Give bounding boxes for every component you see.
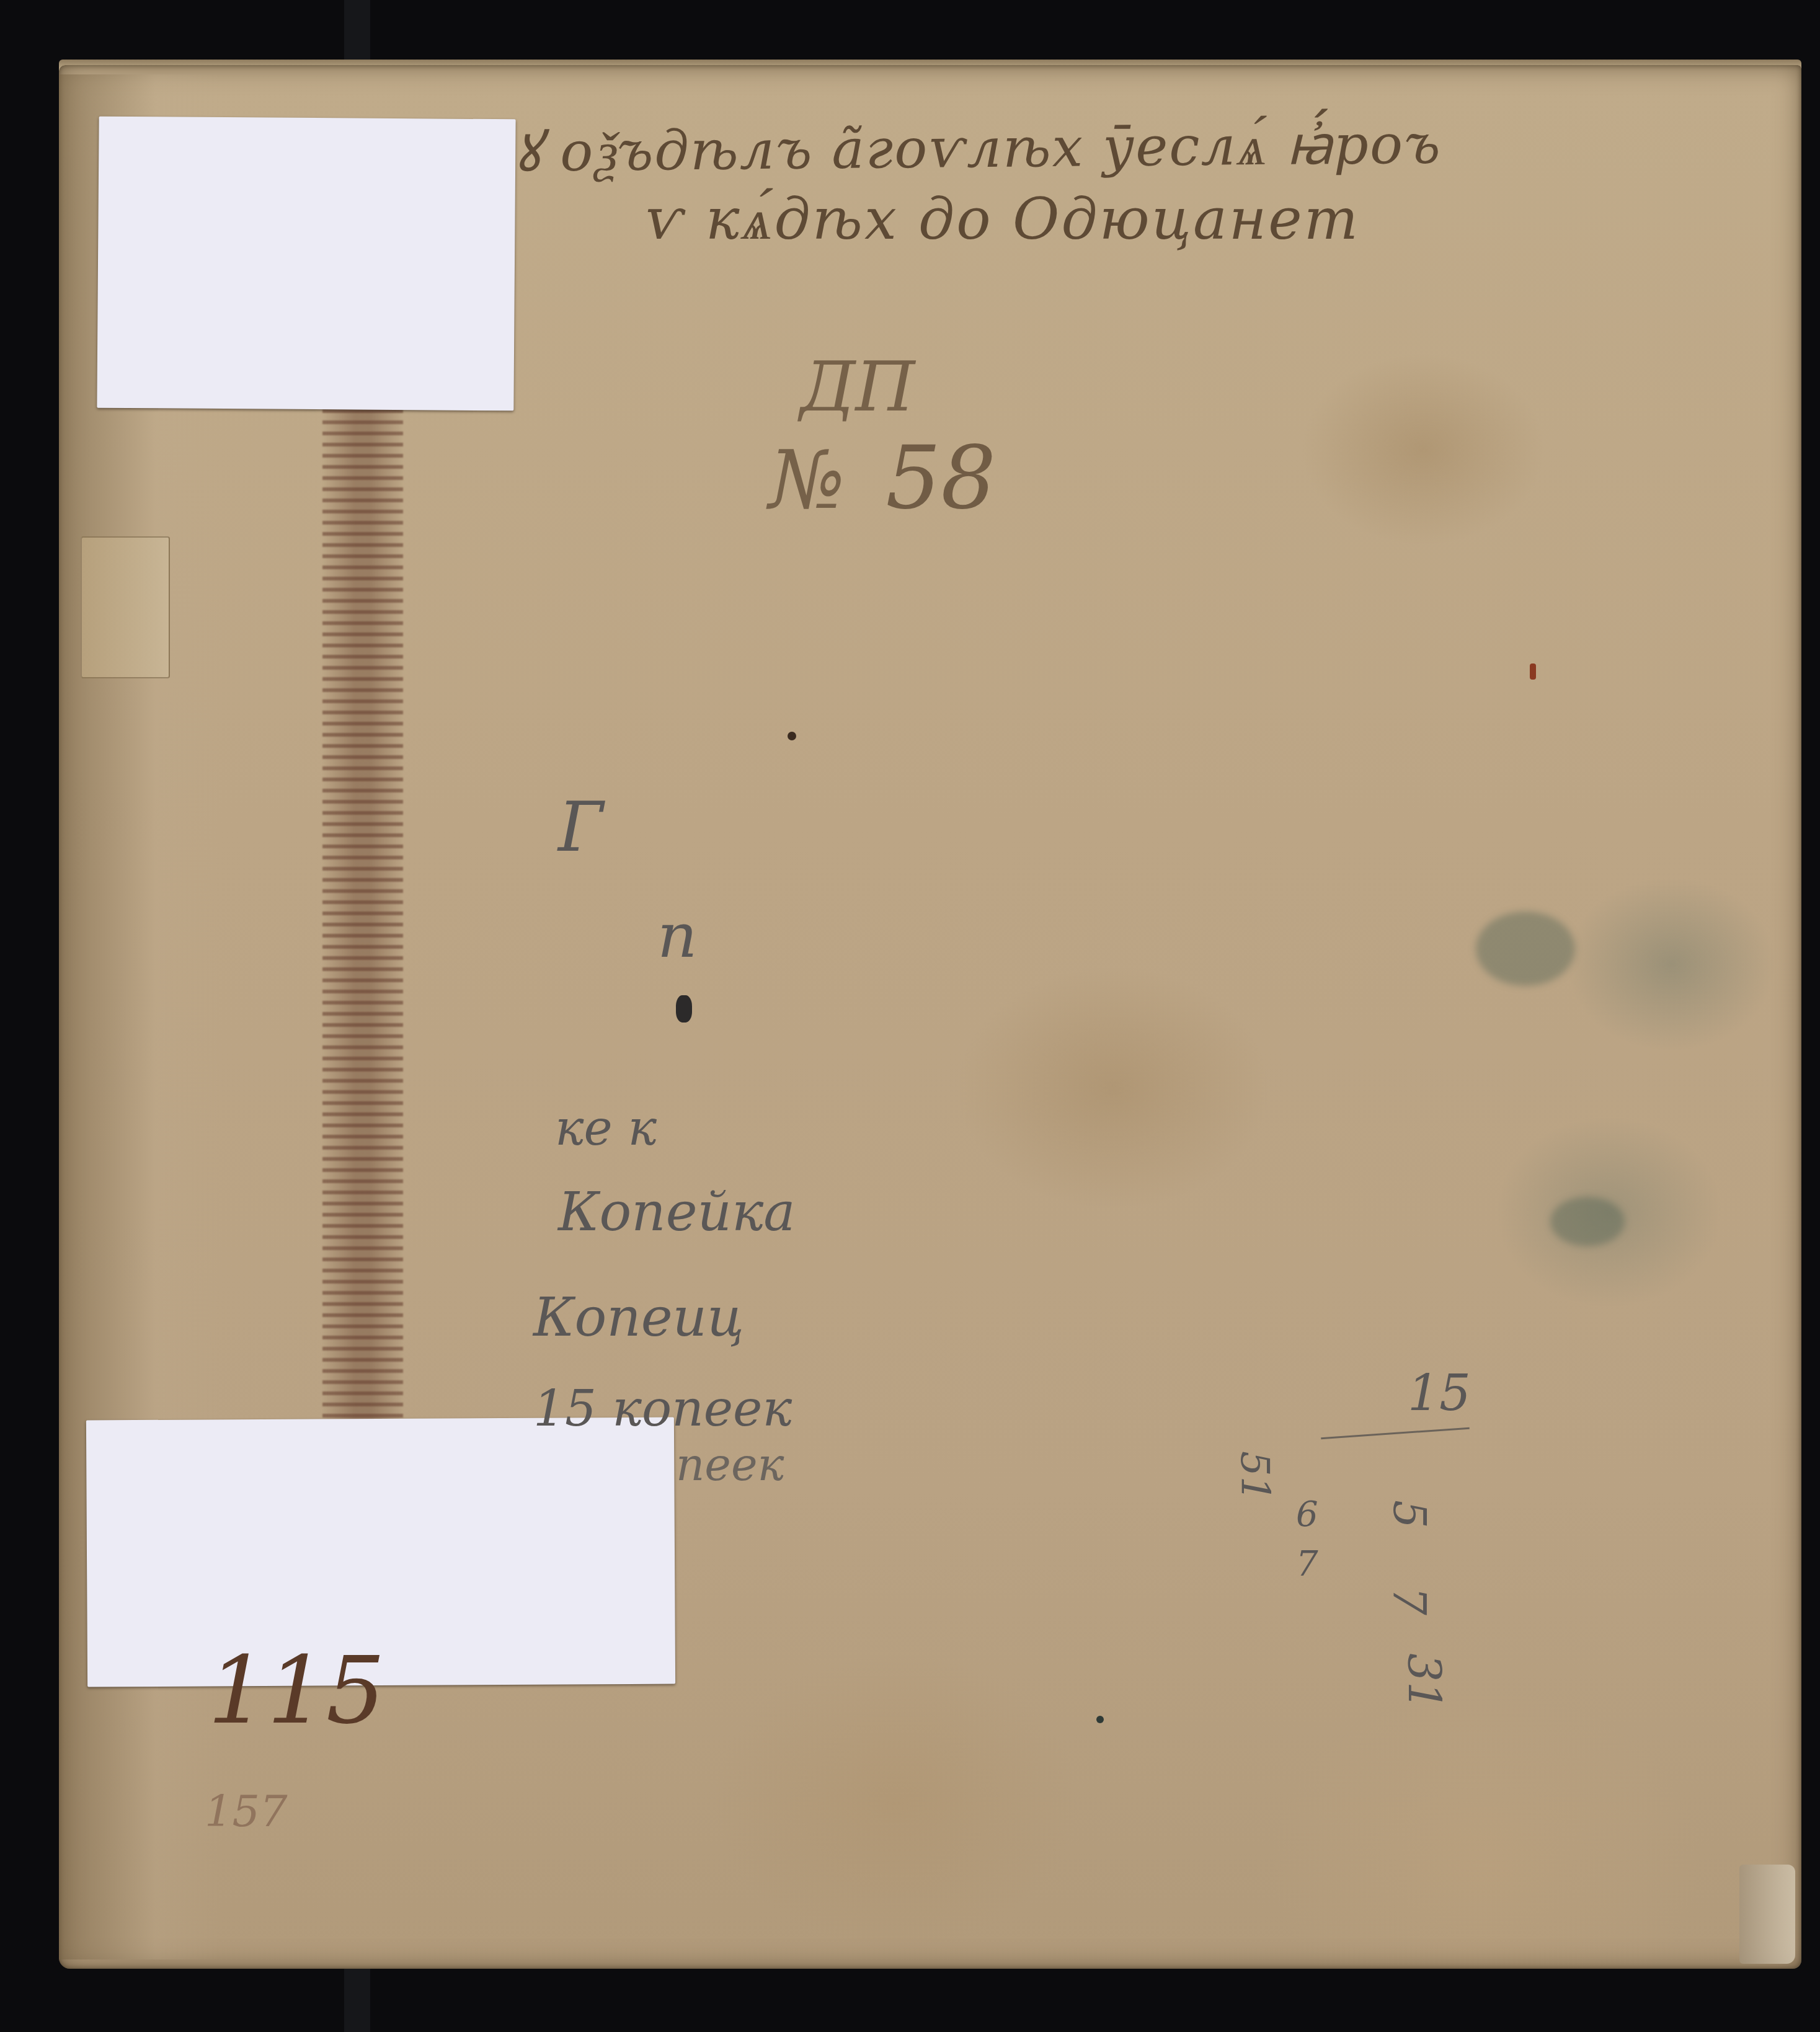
number-sign: № — [769, 433, 845, 527]
calc-col-left-2: 7 — [1296, 1544, 1318, 1584]
mold-stain — [1550, 1197, 1625, 1246]
calc-col-left-1: 6 — [1296, 1494, 1318, 1535]
calc-col-right-2: 31 — [1398, 1653, 1450, 1710]
header-inscription-line1: ꙋ оѯъдѣлъ а̃гоѵлѣх ӯеслѧ́ ꙗ҆́роъ — [515, 104, 1442, 187]
ink-blot — [676, 995, 692, 1023]
ink-spot — [1096, 1716, 1104, 1723]
catalog-series: ДП — [800, 347, 915, 427]
right-calculation: 15 51 6 7 5 7 31 — [1271, 1364, 1494, 1761]
archive-label-top — [97, 117, 515, 411]
pencil-line-ke-k: ке к — [555, 1101, 657, 1156]
spine-stitching-band — [322, 409, 403, 1426]
catalog-number-value: 58 — [886, 428, 996, 529]
calc-col-right-0: 5 — [1383, 1500, 1436, 1528]
calc-divider — [1321, 1427, 1470, 1440]
red-ink-spot — [1530, 663, 1536, 680]
ink-spot — [788, 732, 796, 740]
spine-tab — [81, 536, 170, 678]
calc-col-left-0: 51 — [1232, 1451, 1277, 1501]
corner-wear — [1739, 1865, 1795, 1964]
pencil-line-kopeika: Копейка — [558, 1181, 796, 1243]
pencil-letter-p: п — [657, 899, 697, 972]
mold-stain — [1476, 912, 1575, 986]
pencil-line-peek: пеек — [676, 1439, 784, 1491]
catalog-number: № 58 — [769, 428, 996, 529]
pencil-line-kopeits: Копеиц — [533, 1287, 744, 1349]
bottom-left-mark: 157 — [205, 1786, 288, 1837]
pencil-letter-g: Г — [558, 788, 603, 867]
shelf-number: 115 — [208, 1637, 385, 1745]
calc-col-right-1: 7 — [1383, 1587, 1436, 1615]
calc-top-value: 15 — [1408, 1364, 1471, 1422]
pencil-line-15-kopeek: 15 копеек — [533, 1380, 792, 1437]
header-inscription-line2: ѵ кѧ́дѣх до Одюцанет — [645, 186, 1360, 252]
